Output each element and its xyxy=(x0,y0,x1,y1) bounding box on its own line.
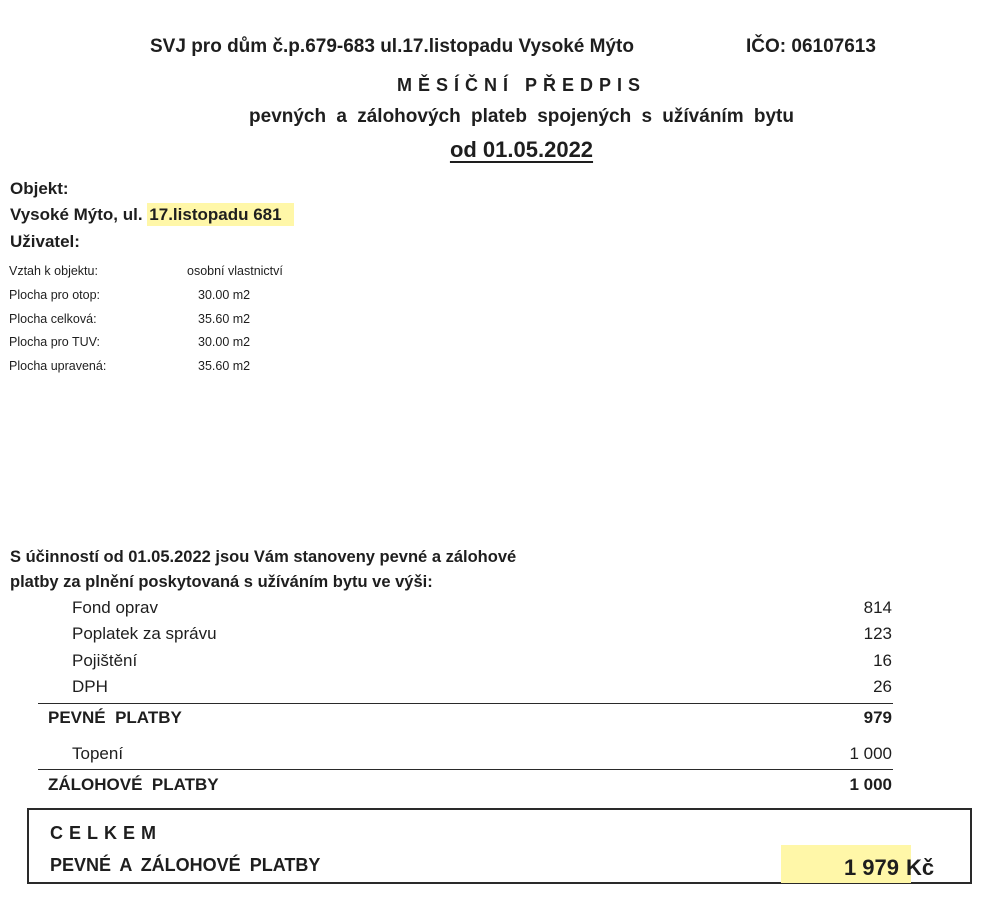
fixed-total-row: PEVNÉ PLATBY 979 xyxy=(48,708,892,732)
grand-total-sublabel: PEVNÉ A ZÁLOHOVÉ PLATBY xyxy=(50,855,320,876)
advance-total-row: ZÁLOHOVÉ PLATBY 1 000 xyxy=(48,775,892,799)
fixed-item-row: Pojištění 16 xyxy=(72,651,892,675)
fixed-item-row: DPH 26 xyxy=(72,677,892,701)
fixed-item-row: Fond oprav 814 xyxy=(72,598,892,622)
fixed-item-row: Poplatek za správu 123 xyxy=(72,624,892,648)
organization-header: SVJ pro dům č.p.679-683 ul.17.listopadu … xyxy=(150,36,634,58)
detail-row: Plocha pro TUV: 30.00 m2 xyxy=(9,335,409,355)
currency: Kč xyxy=(906,855,934,881)
grand-total-box: CELKEM PEVNÉ A ZÁLOHOVÉ PLATBY 1 979 Kč xyxy=(27,808,972,884)
document-title: MĚSÍČNÍ PŘEDPIS xyxy=(0,75,1007,96)
advance-item-row: Topení 1 000 xyxy=(72,744,892,768)
grand-total-amount: 1 979 xyxy=(844,855,899,881)
address-highlight: 17.listopadu 681 xyxy=(147,203,293,226)
ico-number: IČO: 06107613 xyxy=(746,36,876,58)
divider xyxy=(38,769,893,770)
grand-total-label: CELKEM xyxy=(50,823,162,844)
object-label: Objekt: xyxy=(10,179,69,199)
grand-total-highlight: 1 979 xyxy=(781,845,911,883)
user-label: Uživatel: xyxy=(10,232,80,252)
detail-row: Plocha celková: 35.60 m2 xyxy=(9,312,409,332)
address-prefix: Vysoké Mýto, ul. xyxy=(10,205,147,224)
object-address: Vysoké Mýto, ul. 17.listopadu 681 xyxy=(10,205,294,225)
document-subtitle: pevných a zálohových plateb spojených s … xyxy=(0,106,1007,128)
effective-date: od 01.05.2022 xyxy=(0,137,1007,163)
detail-row: Plocha upravená: 35.60 m2 xyxy=(9,359,409,379)
detail-row: Plocha pro otop: 30.00 m2 xyxy=(9,288,409,308)
organization-name: SVJ pro dům č.p.679-683 ul.17.listopadu … xyxy=(150,36,634,57)
detail-row: Vztah k objektu: osobní vlastnictví xyxy=(9,264,409,284)
intro-text: S účinností od 01.05.2022 jsou Vám stano… xyxy=(10,545,516,595)
divider xyxy=(38,703,893,704)
